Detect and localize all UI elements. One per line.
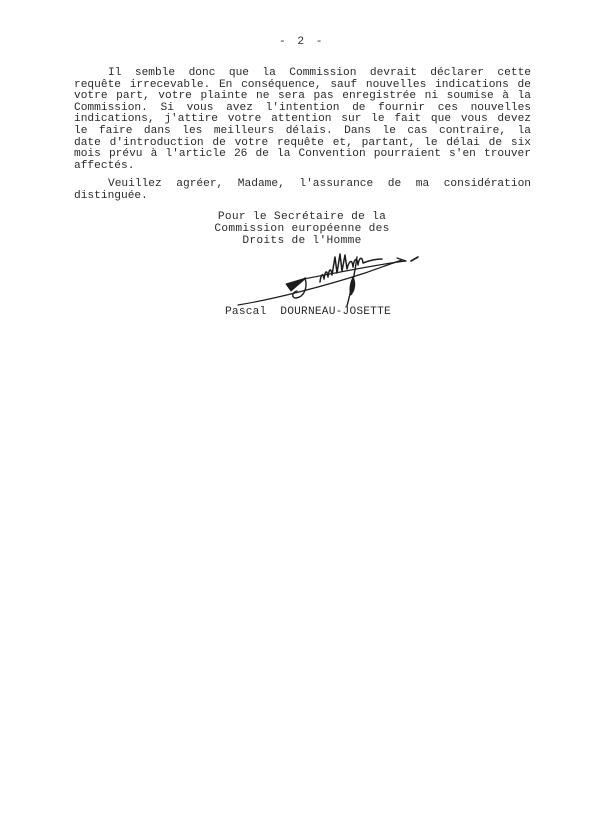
- signature-title-line: Pour le Secrétaire de la: [152, 211, 452, 223]
- signatory-name: Pascal DOURNEAU-JOSETTE: [225, 306, 391, 318]
- paragraph-1-line: affectés.: [74, 161, 531, 173]
- handwritten-signature: [230, 246, 430, 310]
- page-number: - 2 -: [0, 36, 604, 48]
- paragraph-1-line: Il semble donc que la Commission devrait…: [74, 68, 531, 80]
- paragraph-1: Il semble donc que la Commission devrait…: [74, 68, 531, 172]
- paragraph-1-line: le faire dans les meilleurs délais. Dans…: [74, 126, 531, 138]
- paragraph-2-line: distinguée.: [74, 191, 531, 203]
- document-page: - 2 - Il semble donc que la Commission d…: [0, 0, 604, 830]
- paragraph-1-line: mois prévu à l'article 26 de la Conventi…: [74, 149, 531, 161]
- paragraph-2-line: Veuillez agréer, Madame, l'assurance de …: [74, 179, 531, 191]
- signature-title-line: Commission européenne des: [152, 223, 452, 235]
- signature-title-block: Pour le Secrétaire de laCommission europ…: [152, 211, 452, 247]
- paragraph-2: Veuillez agréer, Madame, l'assurance de …: [74, 179, 531, 202]
